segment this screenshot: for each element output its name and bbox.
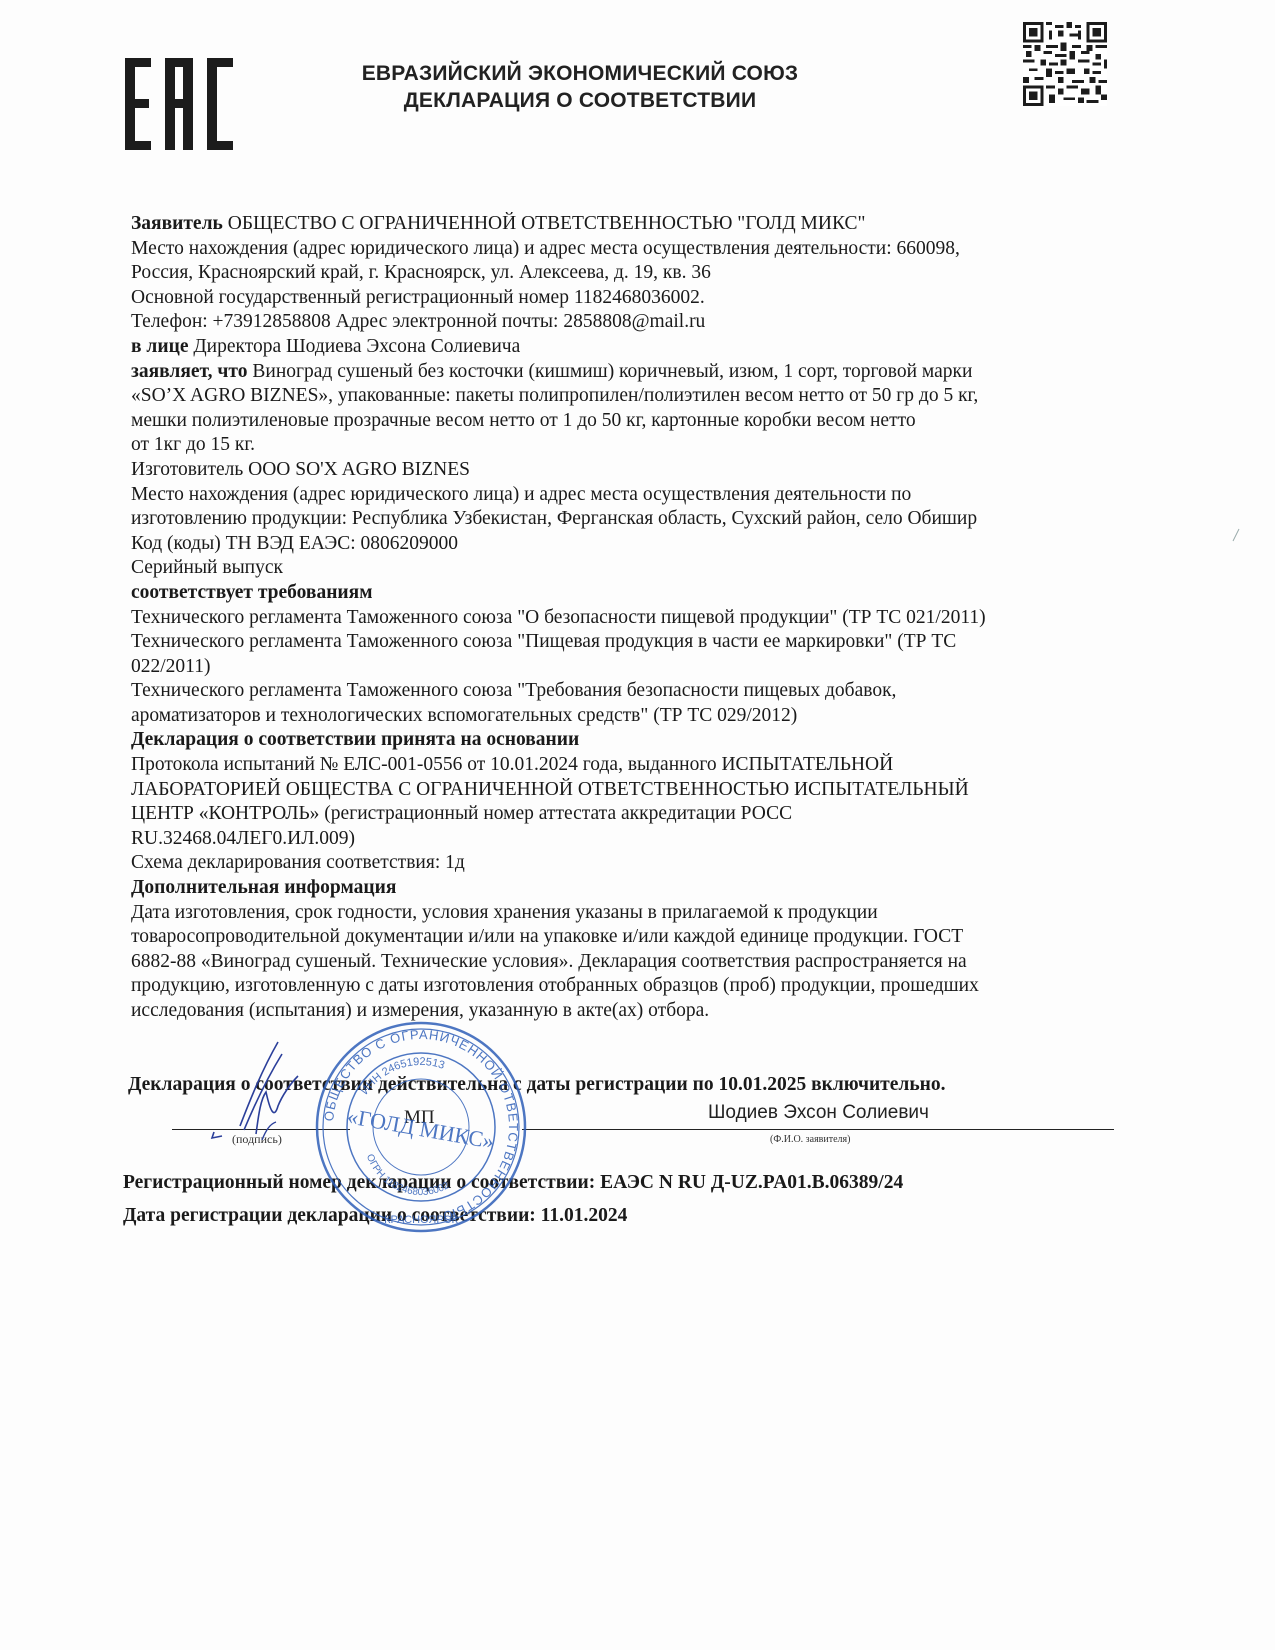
applicant-ogrn: Основной государственный регистрационный… [131,286,1111,311]
applicant-address-2: Россия, Красноярский край, г. Красноярск… [131,261,1111,286]
manufacturer-address-1: Место нахождения (адрес юридического лиц… [131,483,1111,508]
requirement-item: ароматизаторов и технологических вспомог… [131,704,1111,729]
declaration-scheme: Схема декларирования соответствия: 1д [131,851,1111,876]
requirement-item: Технического регламента Таможенного союз… [131,630,1111,655]
requirement-item: 022/2011) [131,655,1111,680]
additional-line: Дата изготовления, срок годности, услови… [131,901,1111,926]
additional-line: исследования (испытания) и измерения, ук… [131,999,1111,1024]
svg-text:ИНН 2465192513: ИНН 2465192513 [359,1056,446,1097]
applicant-label: Заявитель [131,213,223,234]
additional-line: продукцию, изготовленную с даты изготовл… [131,974,1111,999]
company-stamp-icon: ОБЩЕСТВО С ОГРАНИЧЕННОЙ ОТВЕТСТВЕННОСТЬЮ… [312,1018,530,1236]
represented-label: в лице [131,336,188,357]
svg-text:ОГРН 1182468036002: ОГРН 1182468036002 [364,1153,452,1198]
signature-icon [200,1040,310,1150]
requirements-heading: соответствует требованиям [131,581,1111,606]
additional-line: 6882-88 «Виноград сушеный. Технические у… [131,950,1111,975]
scan-artifact-icon [1232,528,1240,542]
additional-line: товаросопроводительной документации и/ил… [131,925,1111,950]
name-line [522,1129,1114,1130]
fio-caption: (Ф.И.О. заявителя) [770,1134,850,1145]
manufacturer-address-2: изготовлению продукции: Республика Узбек… [131,507,1111,532]
product-line-4: от 1кг до 15 кг. [131,433,1111,458]
product-line-2: «SO’X AGRO BIZNES», упакованные: пакеты … [131,384,1111,409]
additional-heading: Дополнительная информация [131,876,1111,901]
product-line-3: мешки полиэтиленовые прозрачные весом не… [131,409,1111,434]
title-declaration: ДЕКЛАРАЦИЯ О СООТВЕТСТВИИ [300,87,860,114]
signer-name: Шодиев Эхсон Солиевич [708,1102,929,1124]
svg-text:«ГОЛД МИКС»: «ГОЛД МИКС» [345,1103,496,1153]
eac-logo [125,58,233,150]
declaration-page: ЕВРАЗИЙСКИЙ ЭКОНОМИЧЕСКИЙ СОЮЗ ДЕКЛАРАЦИ… [0,0,1275,1650]
qr-code-icon[interactable] [1023,22,1107,106]
basis-line: RU.32468.04ЛЕГ0.ИЛ.009) [131,827,1111,852]
applicant-name: Заявитель ОБЩЕСТВО С ОГРАНИЧЕННОЙ ОТВЕТС… [131,212,1111,237]
release-type: Серийный выпуск [131,556,1111,581]
title-union: ЕВРАЗИЙСКИЙ ЭКОНОМИЧЕСКИЙ СОЮЗ [300,60,860,87]
applicant-representative: в лице Директора Шодиева Эхсона Солиевич… [131,335,1111,360]
requirement-item: Технического регламента Таможенного союз… [131,679,1111,704]
requirement-item: Технического регламента Таможенного союз… [131,606,1111,631]
declaration-body: Заявитель ОБЩЕСТВО С ОГРАНИЧЕННОЙ ОТВЕТС… [131,212,1111,1024]
document-title: ЕВРАЗИЙСКИЙ ЭКОНОМИЧЕСКИЙ СОЮЗ ДЕКЛАРАЦИ… [300,60,860,114]
basis-line: ЦЕНТР «КОНТРОЛЬ» (регистрационный номер … [131,802,1111,827]
basis-line: ЛАБОРАТОРИЕЙ ОБЩЕСТВА С ОГРАНИЧЕННОЙ ОТВ… [131,778,1111,803]
product-line-1: заявляет, что Виноград сушеный без косто… [131,360,1111,385]
declares-label: заявляет, что [131,361,248,382]
manufacturer-name: Изготовитель ООО SO'X AGRO BIZNES [131,458,1111,483]
svg-text:КРАСНОЯРСК: КРАСНОЯРСК [384,1214,458,1226]
tn-ved-code: Код (коды) ТН ВЭД ЕАЭС: 0806209000 [131,532,1111,557]
basis-line: Протокола испытаний № ЕЛС-001-0556 от 10… [131,753,1111,778]
basis-heading: Декларация о соответствии принята на осн… [131,728,1111,753]
applicant-address-1: Место нахождения (адрес юридического лиц… [131,237,1111,262]
applicant-contacts: Телефон: +73912858808 Адрес электронной … [131,310,1111,335]
